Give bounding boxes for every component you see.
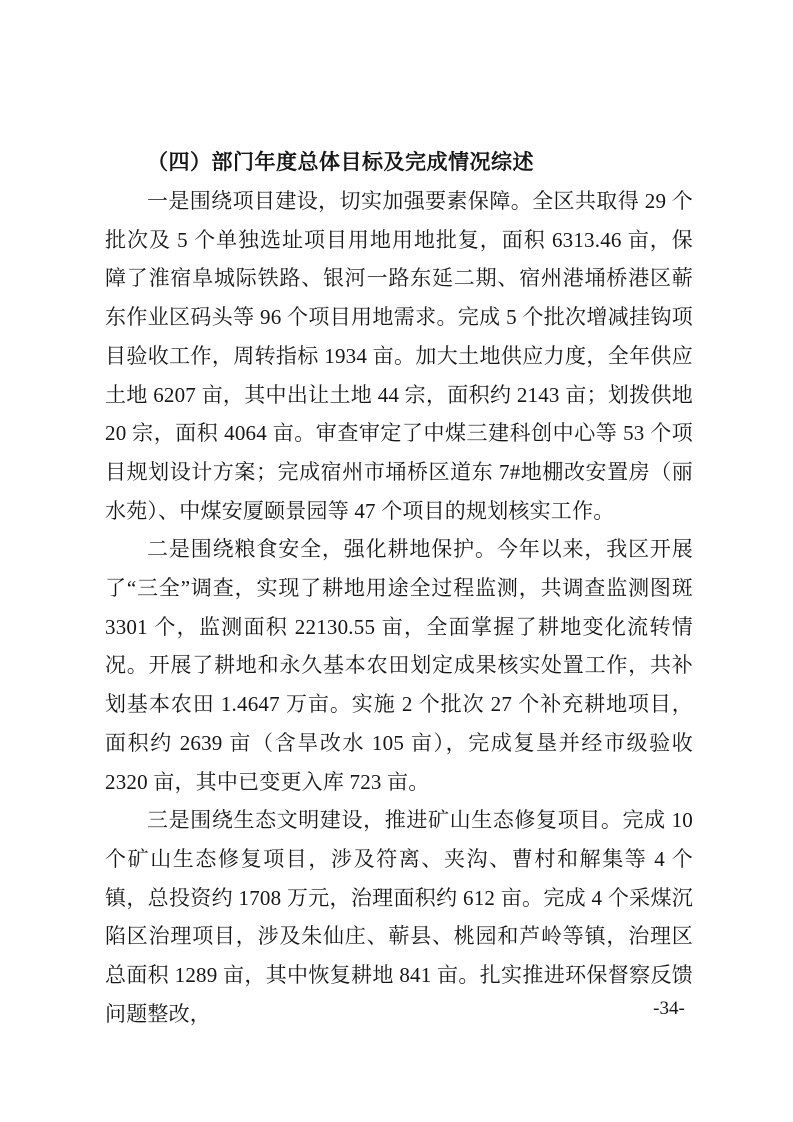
document-page: （四）部门年度总体目标及完成情况综述 一是围绕项目建设，切实加强要素保障。全区共…	[0, 0, 793, 1122]
paragraph-farmland: 二是围绕粮食安全，强化耕地保护。今年以来，我区开展了“三全”调查，实现了耕地用途…	[105, 530, 693, 801]
paragraph-ecology: 三是围绕生态文明建设，推进矿山生态修复项目。完成 10 个矿山生态修复项目，涉及…	[105, 801, 693, 1033]
page-number: -34-	[645, 997, 693, 1021]
section-heading: （四）部门年度总体目标及完成情况综述	[105, 143, 693, 182]
paragraph-projects: 一是围绕项目建设，切实加强要素保障。全区共取得 29 个批次及 5 个单独选址项…	[105, 182, 693, 530]
page-content: （四）部门年度总体目标及完成情况综述 一是围绕项目建设，切实加强要素保障。全区共…	[105, 143, 693, 1033]
